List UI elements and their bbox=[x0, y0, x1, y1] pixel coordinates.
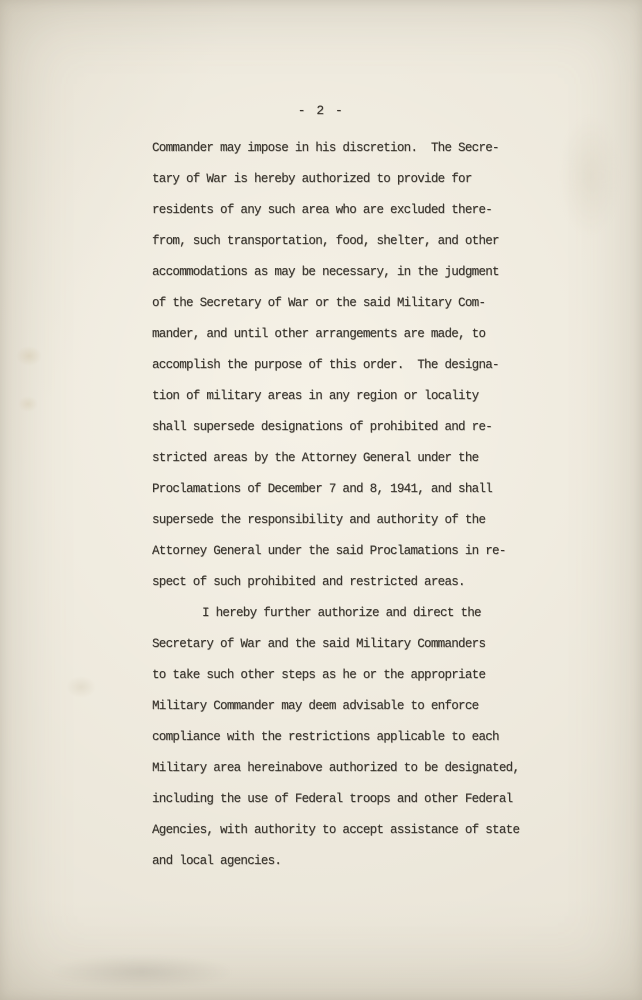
text-line: Secretary of War and the said Military C… bbox=[152, 629, 552, 660]
paper-stain bbox=[66, 676, 96, 698]
text-line: Military area hereinabove authorized to … bbox=[152, 753, 552, 784]
document-body: Commander may impose in his discretion. … bbox=[152, 133, 552, 877]
text-line: supersede the responsibility and authori… bbox=[152, 505, 552, 536]
text-line: and local agencies. bbox=[152, 846, 552, 877]
text-line: tion of military areas in any region or … bbox=[152, 381, 552, 412]
paper-stain bbox=[16, 346, 42, 366]
text-line: spect of such prohibited and restricted … bbox=[152, 567, 552, 598]
text-line: Military Commander may deem advisable to… bbox=[152, 691, 552, 722]
text-line: tary of War is hereby authorized to prov… bbox=[152, 164, 552, 195]
document-page: - 2 - Commander may impose in his discre… bbox=[0, 0, 642, 1000]
text-line: stricted areas by the Attorney General u… bbox=[152, 443, 552, 474]
text-line: Attorney General under the said Proclama… bbox=[152, 536, 552, 567]
text-line: compliance with the restrictions applica… bbox=[152, 722, 552, 753]
text-line: shall supersede designations of prohibit… bbox=[152, 412, 552, 443]
text-line: accommodations as may be necessary, in t… bbox=[152, 257, 552, 288]
text-line: mander, and until other arrangements are… bbox=[152, 319, 552, 350]
paper-stain bbox=[18, 396, 38, 412]
text-line: to take such other steps as he or the ap… bbox=[152, 660, 552, 691]
text-line: Commander may impose in his discretion. … bbox=[152, 133, 552, 164]
paper-smudge bbox=[52, 955, 232, 989]
paper-stain bbox=[560, 116, 620, 236]
text-line: from, such transportation, food, shelter… bbox=[152, 226, 552, 257]
text-line: Agencies, with authority to accept assis… bbox=[152, 815, 552, 846]
text-line: Proclamations of December 7 and 8, 1941,… bbox=[152, 474, 552, 505]
text-line: including the use of Federal troops and … bbox=[152, 784, 552, 815]
page-number: - 2 - bbox=[0, 103, 642, 118]
text-line: residents of any such area who are exclu… bbox=[152, 195, 552, 226]
text-line: I hereby further authorize and direct th… bbox=[152, 598, 552, 629]
text-line: of the Secretary of War or the said Mili… bbox=[152, 288, 552, 319]
text-line: accomplish the purpose of this order. Th… bbox=[152, 350, 552, 381]
